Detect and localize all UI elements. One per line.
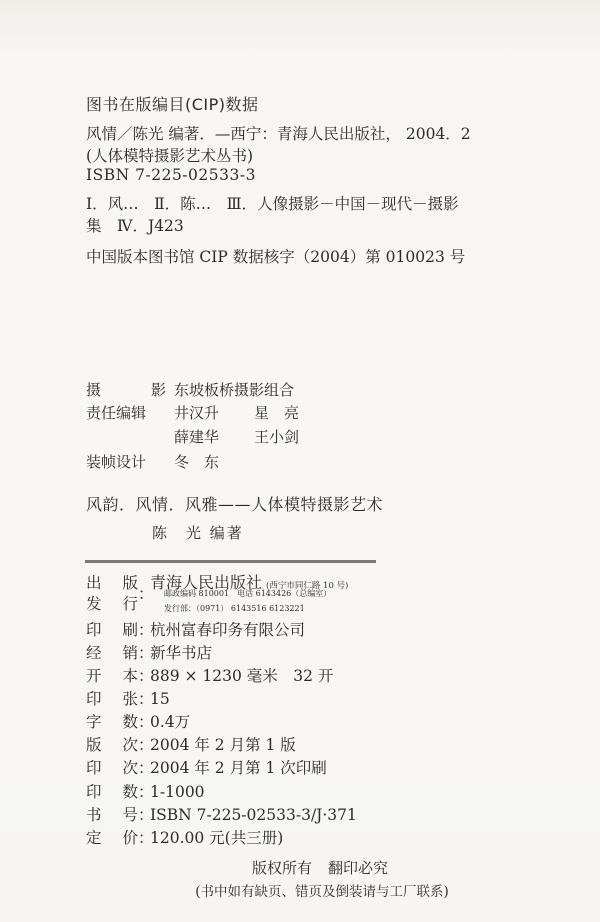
pub-sheets: 印张 ： 15	[86, 687, 170, 709]
pub-print-run: 印数 ： 1-1000	[86, 780, 205, 802]
sales-value: 新华书店	[150, 641, 212, 663]
editor-name: 星 亮	[254, 402, 299, 423]
pub-sales: 经销 ： 新华书店	[86, 641, 212, 663]
postal-phone: 邮政编码 810001 电话 6143426（总编室）	[164, 588, 331, 599]
impression-value: 2004 年 2 月第 1 次印刷	[150, 756, 327, 778]
pub-edition: 版次 ： 2004 年 2 月第 1 版	[86, 733, 296, 755]
book-author: 陈 光 编著	[152, 522, 244, 543]
pub-price: 定价 ： 120.00 元(共三册)	[86, 826, 283, 848]
cip-isbn: ISBN 7-225-02533-3	[86, 166, 256, 184]
credit-photography: 摄 影 东坡板桥摄影组合	[86, 379, 314, 400]
distribution-dept: 发行部：（0971） 6143516 6123221	[164, 603, 305, 614]
credit-label: 责任编辑	[86, 402, 166, 423]
cip-citation: 风情／陈光 编著．—西宁：青海人民出版社， 2004．2	[86, 122, 471, 144]
book-number-value: ISBN 7-225-02533-3/J·371	[150, 806, 357, 824]
edition-value: 2004 年 2 月第 1 版	[150, 733, 296, 755]
pub-distribution: 发行 ：	[86, 592, 150, 614]
cip-classification-1: Ⅰ．风… Ⅱ．陈… Ⅲ．人像摄影－中国－现代－摄影	[86, 192, 459, 214]
pub-impression: 印次 ： 2004 年 2 月第 1 次印刷	[86, 756, 327, 778]
print-run-value: 1-1000	[150, 783, 205, 801]
credit-design: 装帧设计 冬 东	[86, 451, 239, 472]
cip-series: (人体模特摄影艺术丛书)	[86, 144, 253, 166]
format-value: 889 × 1230 毫米 32 开	[150, 664, 333, 686]
editor-name: 井汉升	[174, 402, 234, 423]
editor-name: 王小剑	[254, 426, 299, 447]
credit-editors-2: 薛建华 王小剑	[86, 426, 319, 447]
editor-name: 薛建华	[174, 426, 234, 447]
credit-editors: 责任编辑 井汉升 星 亮	[86, 402, 319, 423]
pub-printer: 印刷 ： 杭州富春印务有限公司	[86, 618, 305, 640]
pub-format: 开本 ： 889 × 1230 毫米 32 开	[86, 664, 333, 686]
copyright-page: 图书在版编目(CIP)数据 风情／陈光 编著．—西宁：青海人民出版社， 2004…	[0, 0, 600, 922]
cip-heading: 图书在版编目(CIP)数据	[86, 92, 259, 115]
sheets-value: 15	[150, 690, 170, 708]
defect-notice: (书中如有缺页、错页及倒装请与工厂联系)	[0, 880, 600, 900]
pub-words: 字数 ： 0.4万	[86, 710, 190, 732]
book-title: 风韵．风情．风雅——人体模特摄影艺术	[86, 492, 383, 515]
divider	[85, 560, 376, 563]
printer-name: 杭州富春印务有限公司	[150, 618, 305, 640]
words-value: 0.4万	[150, 710, 190, 732]
credit-value: 东坡板桥摄影组合	[174, 379, 294, 400]
credit-label: 装帧设计	[86, 451, 166, 472]
copyright-notice: 版权所有翻印必究	[0, 857, 600, 878]
pub-book-number: 书号 ： ISBN 7-225-02533-3/J·371	[86, 803, 357, 825]
cip-classification-2: 集 Ⅳ．J423	[86, 214, 184, 236]
credit-value: 冬 东	[174, 451, 219, 472]
price-value: 120.00 元(共三册)	[150, 826, 283, 848]
cip-record-number: 中国版本图书馆 CIP 数据核字（2004）第 010023 号	[86, 245, 465, 267]
credit-label: 摄 影	[86, 379, 166, 400]
